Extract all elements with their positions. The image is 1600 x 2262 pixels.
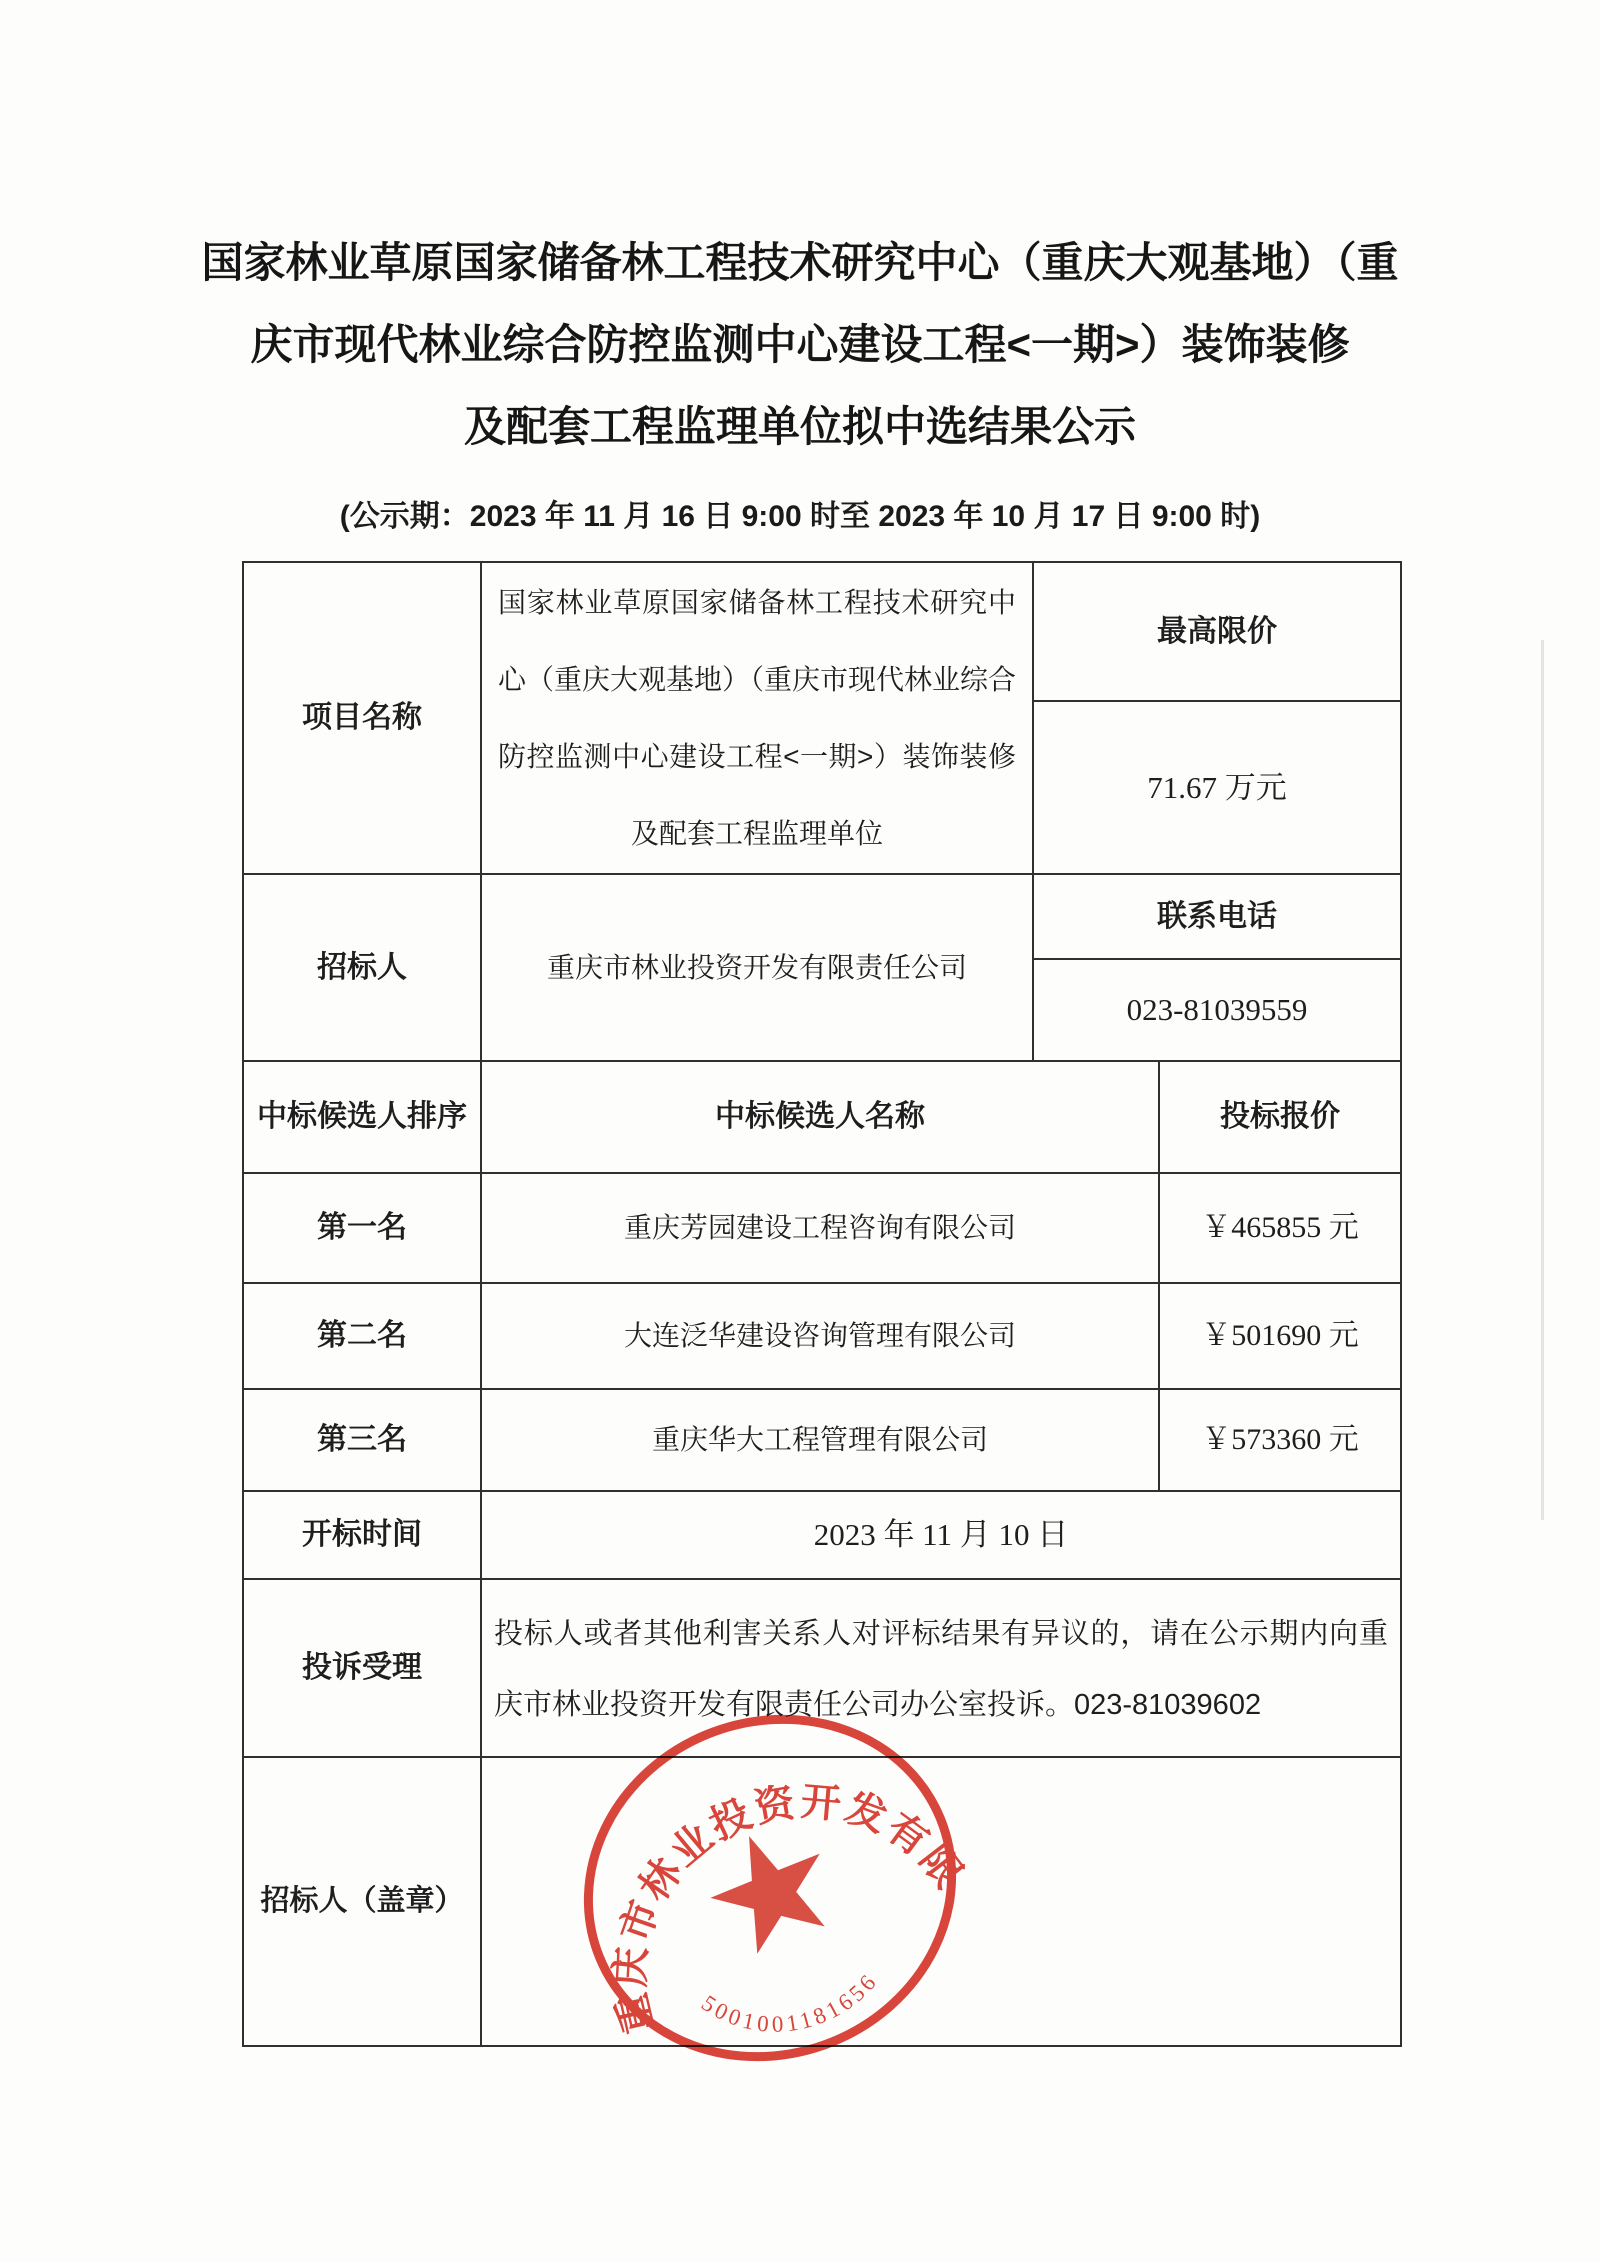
candidate-1-rank: 第一名 [242, 1172, 482, 1284]
announcement-document: { "header": { "title_lines": [ "国家林业草原国家… [0, 0, 1600, 2262]
svg-text:5001001181656: 5001001181656 [692, 1930, 890, 2068]
phone-value: 023-81039559 [1032, 958, 1402, 1062]
title-line-3: 及配套工程监理单位拟中选结果公示 [0, 386, 1600, 468]
max-price-label: 最高限价 [1032, 561, 1402, 702]
max-price-value: 71.67 万元 [1032, 700, 1402, 875]
phone-label: 联系电话 [1032, 873, 1402, 960]
complaint-label: 投诉受理 [242, 1578, 482, 1758]
seal-row-label: 招标人（盖章） [242, 1756, 482, 2047]
candidate-3-rank: 第三名 [242, 1388, 482, 1492]
candidate-2-rank: 第二名 [242, 1282, 482, 1390]
title-line-1: 国家林业草原国家储备林工程技术研究中心（重庆大观基地）（重 [0, 222, 1600, 304]
candidate-1-price: ￥465855 元 [1158, 1172, 1402, 1284]
project-name-label: 项目名称 [242, 561, 482, 875]
candidate-2-name: 大连泛华建设咨询管理有限公司 [480, 1282, 1160, 1390]
seal-number-text: 5001001181656 [692, 1930, 890, 2068]
candidate-1-name: 重庆芳园建设工程咨询有限公司 [480, 1172, 1160, 1284]
tenderer-name: 重庆市林业投资开发有限责任公司 [480, 873, 1034, 1062]
candidate-3-price: ￥573360 元 [1158, 1388, 1402, 1492]
seal-group: 重庆市林业投资开发有限责任公司 5001001181656 [570, 1708, 970, 2068]
candidates-rank-header: 中标候选人排序 [242, 1060, 482, 1174]
company-seal: 重庆市林业投资开发有限责任公司 5001001181656 [570, 1708, 970, 2068]
page-title: 国家林业草原国家储备林工程技术研究中心（重庆大观基地）（重 庆市现代林业综合防控… [0, 222, 1600, 468]
title-line-2: 庆市现代林业综合防控监测中心建设工程<一期>）装饰装修 [0, 304, 1600, 386]
project-name-text: 国家林业草原国家储备林工程技术研究中心（重庆大观基地）（重庆市现代林业综合防控监… [498, 564, 1016, 872]
scan-artifact-line [1541, 640, 1544, 1520]
page: 国家林业草原国家储备林工程技术研究中心（重庆大观基地）（重 庆市现代林业综合防控… [0, 0, 1600, 2262]
publicity-period: (公示期：2023 年 11 月 16 日 9:00 时至 2023 年 10 … [0, 499, 1600, 535]
bid-opening-value: 2023 年 11 月 10 日 [480, 1490, 1402, 1580]
project-name-value: 国家林业草原国家储备林工程技术研究中心（重庆大观基地）（重庆市现代林业综合防控监… [480, 561, 1034, 875]
candidates-price-header: 投标报价 [1158, 1060, 1402, 1174]
candidates-name-header: 中标候选人名称 [480, 1060, 1160, 1174]
candidate-2-price: ￥501690 元 [1158, 1282, 1402, 1390]
bid-opening-label: 开标时间 [242, 1490, 482, 1580]
candidate-3-name: 重庆华大工程管理有限公司 [480, 1388, 1160, 1492]
tenderer-label: 招标人 [242, 873, 482, 1062]
